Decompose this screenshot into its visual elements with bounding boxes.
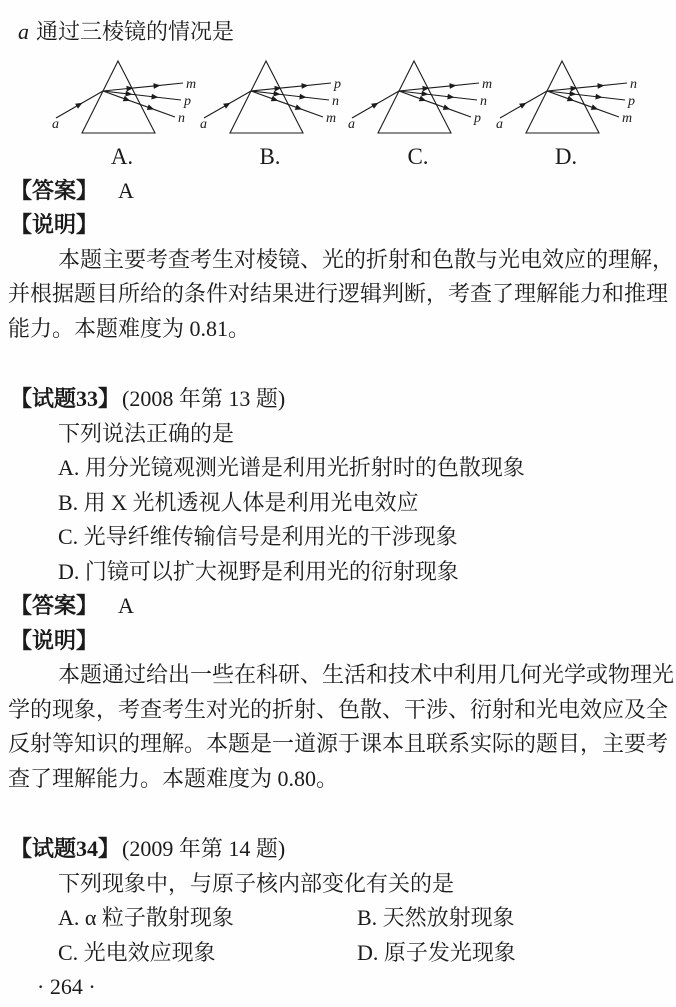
incident-ray-label: a xyxy=(200,117,207,132)
question-34-source: (2009 年第 14 题) xyxy=(122,836,285,861)
prism-diagram-c: a m n p xyxy=(344,58,492,142)
question-34-tag: 【试题34】 xyxy=(10,836,120,861)
question-34-options-row-1: A. α 粒子散射现象 B. 天然放射现象 xyxy=(58,901,666,936)
question-33-tag: 【试题33】 xyxy=(10,386,120,411)
ray-variable: a xyxy=(18,19,29,44)
diagram-letter-d: D. xyxy=(492,144,640,170)
note1-line-2: 并根据题目所给的条件对结果进行逻辑判断，考查了理解能力和推理 xyxy=(8,277,666,312)
answer-line-2: 【答案】A xyxy=(10,589,666,624)
question-intro: a通过三棱镜的情况是 xyxy=(18,15,666,50)
question-34-header: 【试题34】(2009 年第 14 题) xyxy=(10,832,666,867)
document-page: a通过三棱镜的情况是 a m p n a p n m a xyxy=(0,0,676,1007)
note1-line-1: 本题主要考查考生对棱镜、光的折射和色散与光电效应的理解， xyxy=(58,243,666,278)
question-34-option-d: D. 原子发光现象 xyxy=(357,936,516,971)
prism-diagram-d: a n p m xyxy=(492,58,640,142)
question-33-stem: 下列说法正确的是 xyxy=(58,417,666,452)
exit-ray-label-top: m xyxy=(186,77,196,92)
answer-tag: 【答案】 xyxy=(10,178,98,203)
incident-ray-label: a xyxy=(348,117,355,132)
note2-line-4: 查了理解能力。本题难度为 0.80。 xyxy=(8,762,666,797)
answer-value: A xyxy=(118,593,134,618)
prism-figure-b: a p n m xyxy=(196,58,344,142)
exit-ray-label-mid: n xyxy=(332,94,339,109)
note2-line-2: 学的现象，考查考生对光的折射、色散、干涉、衍射和光电效应及全 xyxy=(8,693,666,728)
exit-ray-label-top: n xyxy=(630,77,637,92)
note2-line-3: 反射等知识的理解。本题是一道源于课本且联系实际的题目，主要考 xyxy=(8,727,666,762)
question-33-header: 【试题33】(2008 年第 13 题) xyxy=(10,382,666,417)
prism-diagrams-row: a m p n a p n m a m n p xyxy=(48,58,666,142)
answer-value: A xyxy=(118,178,134,203)
exit-ray-label-top: p xyxy=(333,77,341,92)
note2-line-1: 本题通过给出一些在科研、生活和技术中利用几何光学或物理光 xyxy=(58,658,666,693)
question-33-option-d: D. 门镜可以扩大视野是利用光的衍射现象 xyxy=(58,555,666,590)
question-33-option-c: C. 光导纤维传输信号是利用光的干涉现象 xyxy=(58,520,666,555)
diagram-letter-b: B. xyxy=(196,144,344,170)
diagram-letters-row: A. B. C. D. xyxy=(48,144,666,170)
prism-figure-d: a n p m xyxy=(492,58,640,142)
incident-ray-label: a xyxy=(52,117,59,132)
prism-figure-c: a m n p xyxy=(344,58,492,142)
exit-ray-label-top: m xyxy=(482,77,492,92)
answer-tag: 【答案】 xyxy=(10,593,98,618)
question-34-option-a: A. α 粒子散射现象 xyxy=(58,905,234,930)
question-34-option-b: B. 天然放射现象 xyxy=(357,901,515,936)
diagram-letter-a: A. xyxy=(48,144,196,170)
exit-ray-label-bot: n xyxy=(178,111,185,126)
incident-ray-label: a xyxy=(496,117,503,132)
page-number: · 264 · xyxy=(37,970,666,1005)
exit-ray-label-mid: p xyxy=(627,94,635,109)
diagram-letter-c: C. xyxy=(344,144,492,170)
prism-figure-a: a m p n xyxy=(48,58,196,142)
question-33-option-b: B. 用 X 光机透视人体是利用光电效应 xyxy=(58,486,666,521)
exit-ray-label-bot: m xyxy=(326,111,336,126)
prism-diagram-b: a p n m xyxy=(196,58,344,142)
note-tag-2: 【说明】 xyxy=(10,624,666,659)
exit-ray-label-mid: p xyxy=(183,94,191,109)
note1-line-3: 能力。本题难度为 0.81。 xyxy=(8,312,666,347)
question-34-options-row-2: C. 光电效应现象 D. 原子发光现象 xyxy=(58,936,666,971)
note-tag-1: 【说明】 xyxy=(10,208,666,243)
answer-line-1: 【答案】A xyxy=(10,174,666,209)
question-34-option-c: C. 光电效应现象 xyxy=(58,940,216,965)
prism-diagram-a: a m p n xyxy=(48,58,196,142)
question-33-option-a: A. 用分光镜观测光谱是利用光折射时的色散现象 xyxy=(58,451,666,486)
question-34-stem: 下列现象中，与原子核内部变化有关的是 xyxy=(58,867,666,902)
exit-ray-label-bot: m xyxy=(622,111,632,126)
exit-ray-label-bot: p xyxy=(473,111,481,126)
exit-ray-label-mid: n xyxy=(480,94,487,109)
question-intro-text: 通过三棱镜的情况是 xyxy=(36,19,234,44)
question-33-source: (2008 年第 13 题) xyxy=(122,386,285,411)
